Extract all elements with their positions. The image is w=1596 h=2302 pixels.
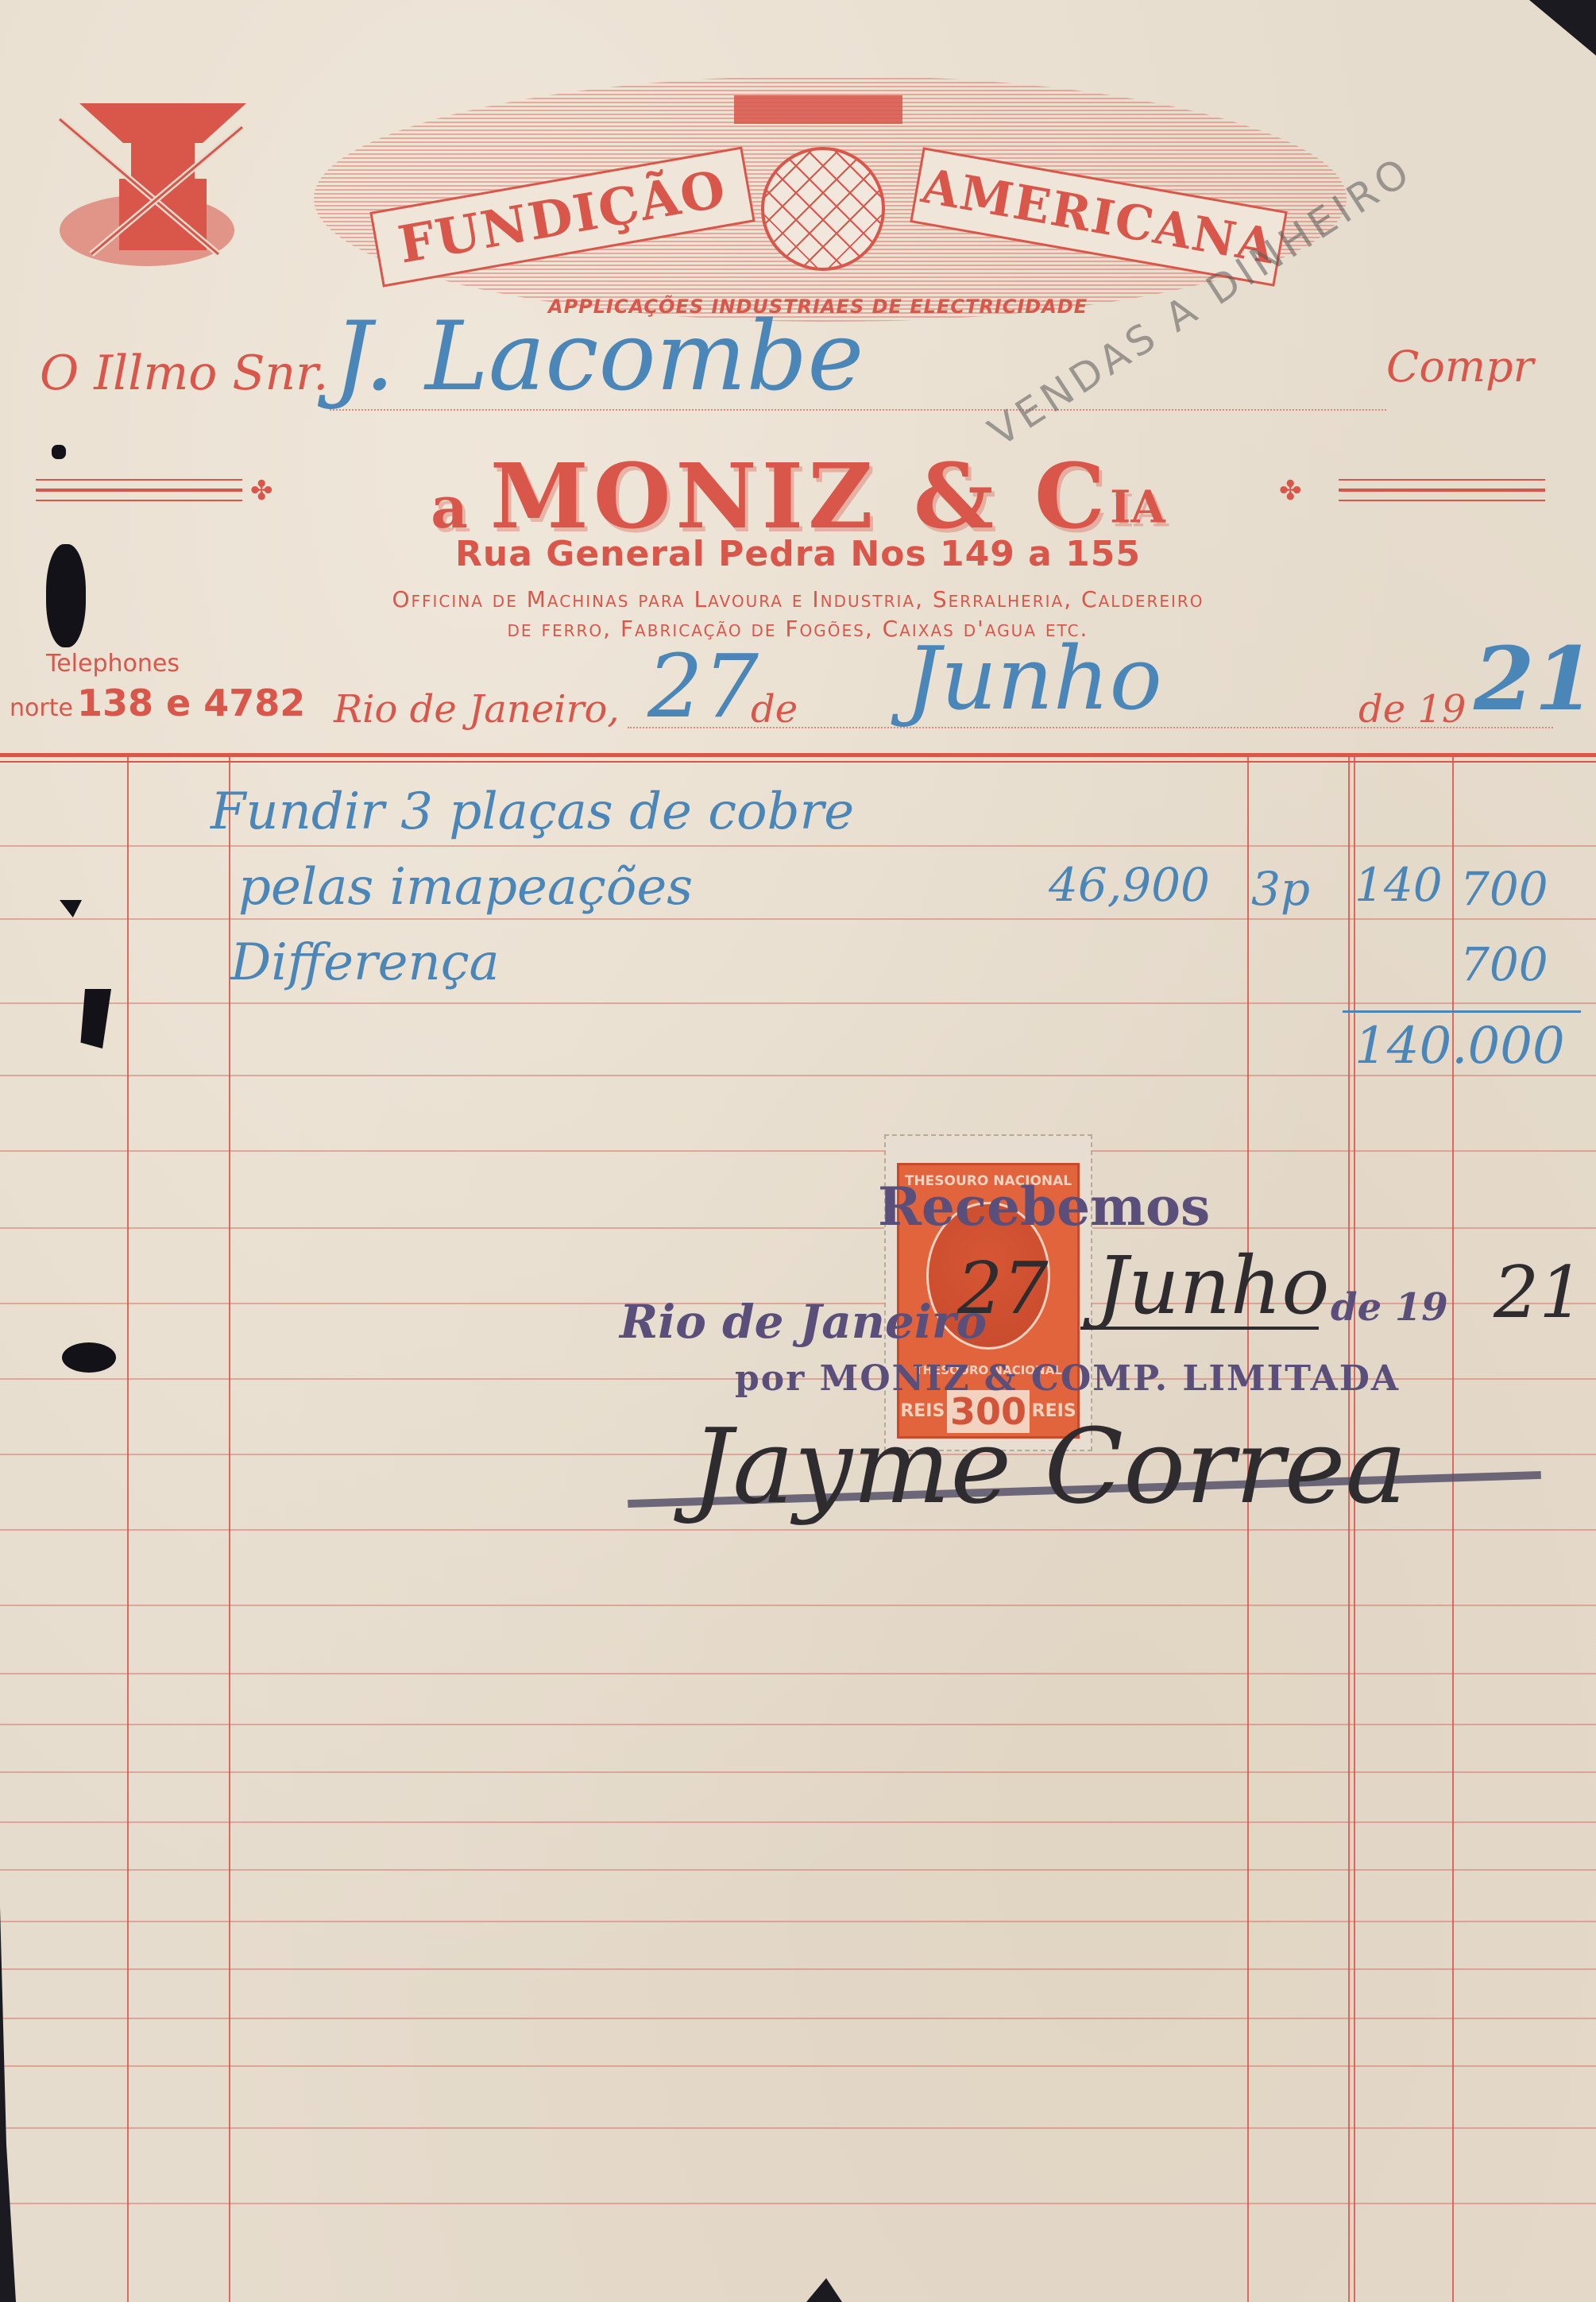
ledger-unit-price: 46,900 [1049, 858, 1210, 912]
receipt-year-label: de 19 [1331, 1285, 1448, 1330]
ledger-line-description: Differença [230, 933, 500, 992]
ledger-column-rule [127, 753, 129, 2302]
ledger-amount-major: 140 [1354, 858, 1443, 912]
ledger-row-rule [0, 1673, 1596, 1674]
right-rosette-icon: ✤ [1279, 475, 1302, 507]
ledger-column-rule [1354, 753, 1355, 2302]
total-underline [1343, 1010, 1581, 1013]
company-address: Rua General Pedra Nos 149 a 155 [0, 534, 1596, 574]
salutation-label: O Illmo Snr. [40, 346, 328, 401]
burn-hole [62, 1342, 116, 1373]
ledger-row-rule [0, 1921, 1596, 1922]
ledger-line-description: pelas imapeações [238, 858, 693, 917]
services-line-1: Officina de Machinas para Lavoura e Indu… [0, 586, 1596, 612]
ledger-line-description: Fundir 3 plaças de cobre [211, 782, 854, 841]
receipt-received-stamp: Recebemos [878, 1176, 1210, 1238]
ledger-column-rule [1348, 753, 1350, 2302]
ledger-column-rule [1247, 753, 1249, 2302]
city-label: Rio de Janeiro, [334, 687, 620, 732]
ledger-row-rule [0, 1724, 1596, 1725]
ledger-row-rule [0, 845, 1596, 847]
telephones-numbers: norte 138 e 4782 [10, 682, 305, 724]
ledger-row-rule [0, 2018, 1596, 2019]
handwritten-month: Junho [906, 628, 1162, 729]
ledger-row-rule [0, 1605, 1596, 1606]
addressee-suffix: Compr [1386, 342, 1533, 392]
receipt-date-underline [1080, 1327, 1319, 1330]
ledger-header-rule [0, 753, 1596, 757]
invoice-paper: FUNDIÇÃO AMERICANA APPLICAÇÕES INDUSTRIA… [0, 0, 1596, 2302]
ledger-row-rule [0, 1821, 1596, 1823]
receipt-day: 27 [957, 1247, 1049, 1331]
receipt-month: Junho [1096, 1239, 1330, 1332]
ledger-amount-minor: 700 [1460, 862, 1548, 916]
ledger-row-rule [0, 1150, 1596, 1152]
date-de-label: de [751, 687, 798, 732]
handwritten-addressee: J. Lacombe [334, 302, 864, 412]
signature: Jayme Correa [691, 1406, 1407, 1527]
telephones-label: Telephones [46, 650, 180, 678]
ledger-row-rule [0, 1771, 1596, 1773]
ledger-quantity: 3p [1251, 862, 1310, 916]
ledger-row-rule [0, 2127, 1596, 2129]
handwritten-year-suffix: 21 [1474, 628, 1595, 730]
ledger-header-rule-2 [0, 761, 1596, 763]
ledger-row-rule [0, 1227, 1596, 1229]
ledger-column-rule [1452, 753, 1454, 2302]
ledger-row-rule [0, 1529, 1596, 1531]
company-prefix: a [431, 473, 468, 541]
ledger-row-rule [0, 918, 1596, 920]
services-line-2: de ferro, Fabricação de Fogões, Caixas d… [0, 616, 1596, 642]
handwritten-day: 27 [647, 635, 759, 737]
ledger-total: 140.000 [1354, 1017, 1565, 1076]
telephones-values: 138 e 4782 [77, 682, 305, 724]
banner-top-bar [734, 95, 902, 124]
ledger-row-rule [0, 1968, 1596, 1970]
ledger-row-rule [0, 2203, 1596, 2204]
receipt-city-stamp: Rio de Janeiro [620, 1295, 987, 1349]
anvil-logo-icon [44, 95, 250, 270]
receipt-year-suffix: 21 [1494, 1251, 1585, 1334]
ledger-row-rule [0, 1869, 1596, 1871]
receipt-company-stamp: por MONIZ & COMP. LIMITADA [735, 1358, 1400, 1399]
ledger-row-rule [0, 2065, 1596, 2067]
burn-hole [46, 544, 86, 647]
telephones-prefix: norte [10, 694, 73, 722]
burn-hole [60, 900, 82, 917]
right-flourish [1339, 489, 1545, 492]
burn-hole [52, 445, 66, 459]
year-prefix: de 19 [1358, 687, 1466, 732]
globe-emblem-icon [761, 147, 885, 271]
ledger-row-rule [0, 1002, 1596, 1004]
burn-hole [68, 989, 111, 1049]
company-suffix: IA [1110, 481, 1165, 534]
ledger-amount-minor: 700 [1460, 937, 1548, 991]
